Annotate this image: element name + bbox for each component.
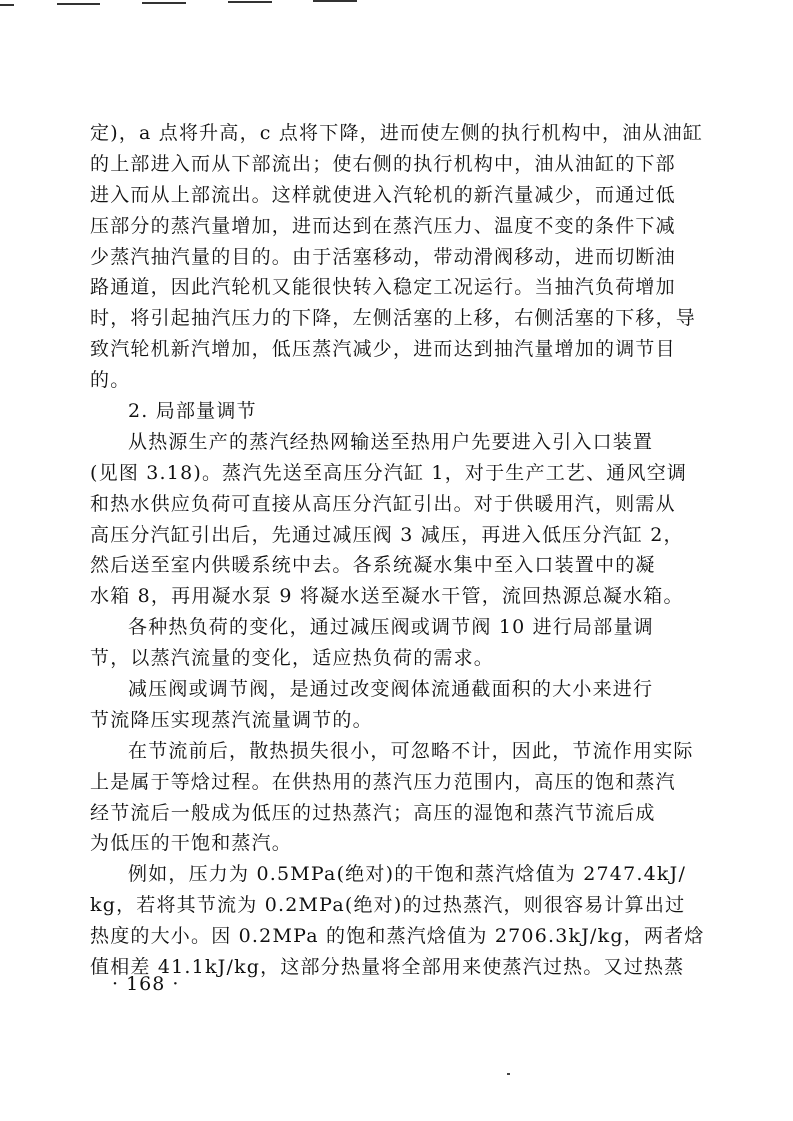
top-rule xyxy=(0,4,14,6)
text-line: 在节流前后，散热损失很小，可忽略不计，因此，节流作用实际 xyxy=(90,736,730,767)
text-line: 各种热负荷的变化，通过减压阀或调节阀 10 进行局部量调 xyxy=(90,612,730,643)
text-line: 和热水供应负荷可直接从高压分汽缸引出。对于供暖用汽，则需从 xyxy=(90,489,730,520)
text-line: 定)，a 点将升高，c 点将下降，进而使左侧的执行机构中，油从油缸 xyxy=(90,118,730,149)
text-line: kg，若将其节流为 0.2MPa(绝对)的过热蒸汽，则很容易计算出过 xyxy=(90,890,730,921)
text-line: (见图 3.18)。蒸汽先送至高压分汽缸 1，对于生产工艺、通风空调 xyxy=(90,458,730,489)
text-line: 然后送至室内供暖系统中去。各系统凝水集中至入口装置中的凝 xyxy=(90,550,730,581)
text-line: 压部分的蒸汽量增加，进而达到在蒸汽压力、温度不变的条件下减 xyxy=(90,211,730,242)
text-line: 水箱 8，再用凝水泵 9 将凝水送至凝水干管，流回热源总凝水箱。 xyxy=(90,581,730,612)
top-rule xyxy=(313,0,357,2)
page-body: 定)，a 点将升高，c 点将下降，进而使左侧的执行机构中，油从油缸 的上部进入而… xyxy=(90,118,730,983)
text-line: 热度的大小。因 0.2MPa 的饱和蒸汽焓值为 2706.3kJ/kg，两者焓 xyxy=(90,921,730,952)
text-line: 路通道，因此汽轮机又能很快转入稳定工况运行。当抽汽负荷增加 xyxy=(90,272,730,303)
text-line: 节流降压实现蒸汽流量调节的。 xyxy=(90,705,730,736)
section-heading: 2. 局部量调节 xyxy=(90,396,730,427)
text-line: 致汽轮机新汽增加，低压蒸汽减少，进而达到抽汽量增加的调节目 xyxy=(90,334,730,365)
text-line: 减压阀或调节阀，是通过改变阀体流通截面积的大小来进行 xyxy=(90,674,730,705)
page-number: · 168 · xyxy=(112,973,179,995)
top-rule xyxy=(228,1,272,3)
text-line: 的。 xyxy=(90,365,730,396)
top-rule xyxy=(57,3,100,5)
text-line: 值相差 41.1kJ/kg，这部分热量将全部用来使蒸汽过热。又过热蒸 xyxy=(90,952,730,983)
scan-speck xyxy=(507,1073,510,1075)
text-line: 例如，压力为 0.5MPa(绝对)的干饱和蒸汽焓值为 2747.4kJ/ xyxy=(90,859,730,890)
text-line: 从热源生产的蒸汽经热网输送至热用户先要进入引入口装置 xyxy=(90,427,730,458)
text-line: 高压分汽缸引出后，先通过减压阀 3 减压，再进入低压分汽缸 2， xyxy=(90,520,730,551)
text-line: 节，以蒸汽流量的变化，适应热负荷的需求。 xyxy=(90,643,730,674)
text-line: 时，将引起抽汽压力的下降，左侧活塞的上移，右侧活塞的下移，导 xyxy=(90,303,730,334)
text-line: 少蒸汽抽汽量的目的。由于活塞移动，带动滑阀移动，进而切断油 xyxy=(90,242,730,273)
text-line: 经节流后一般成为低压的过热蒸汽；高压的湿饱和蒸汽节流后成 xyxy=(90,798,730,829)
text-line: 上是属于等焓过程。在供热用的蒸汽压力范围内，高压的饱和蒸汽 xyxy=(90,767,730,798)
text-line: 进入而从上部流出。这样就使进入汽轮机的新汽量减少，而通过低 xyxy=(90,180,730,211)
top-rule xyxy=(142,2,186,4)
text-line: 为低压的干饱和蒸汽。 xyxy=(90,828,730,859)
text-line: 的上部进入而从下部流出；使右侧的执行机构中，油从油缸的下部 xyxy=(90,149,730,180)
